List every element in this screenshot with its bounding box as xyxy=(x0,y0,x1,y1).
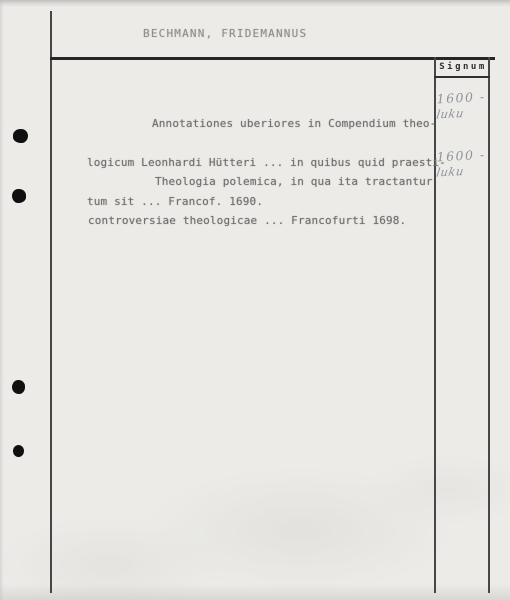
entry-line: Theologia polemica, in qua ita tractantu… xyxy=(88,175,433,188)
card-left-border-line xyxy=(50,11,52,593)
signum-header-underline xyxy=(434,76,490,78)
author-heading: BECHMANN, FRIDEMANNUS xyxy=(143,27,307,40)
hole-punch xyxy=(12,380,25,394)
scan-edge-top xyxy=(0,0,510,7)
signum-value: luku xyxy=(435,105,492,122)
scan-edge-left xyxy=(0,0,4,600)
hole-punch xyxy=(13,445,24,457)
signum-value: 1600 - xyxy=(436,89,491,107)
signum-column-header: Signum xyxy=(434,62,490,72)
signum-value: 1600 - xyxy=(436,147,491,165)
card-top-rule xyxy=(50,57,495,60)
hole-punch xyxy=(13,129,28,143)
catalog-entry: Theologia polemica, in qua ita tractantu… xyxy=(88,149,433,253)
handwritten-signum-note: 1600 - luku xyxy=(436,147,491,180)
handwritten-signum-note: 1600 - luku xyxy=(436,89,491,122)
entry-line: Annotationes uberiores in Compendium the… xyxy=(87,117,446,130)
entry-line: controversiae theologicae ... Francofurt… xyxy=(88,214,433,227)
signum-column-right-border xyxy=(488,57,490,593)
signum-value: luku xyxy=(435,163,492,180)
hole-punch xyxy=(12,189,26,203)
scanned-catalog-card: BECHMANN, FRIDEMANNUS Signum Annotatione… xyxy=(0,0,510,600)
